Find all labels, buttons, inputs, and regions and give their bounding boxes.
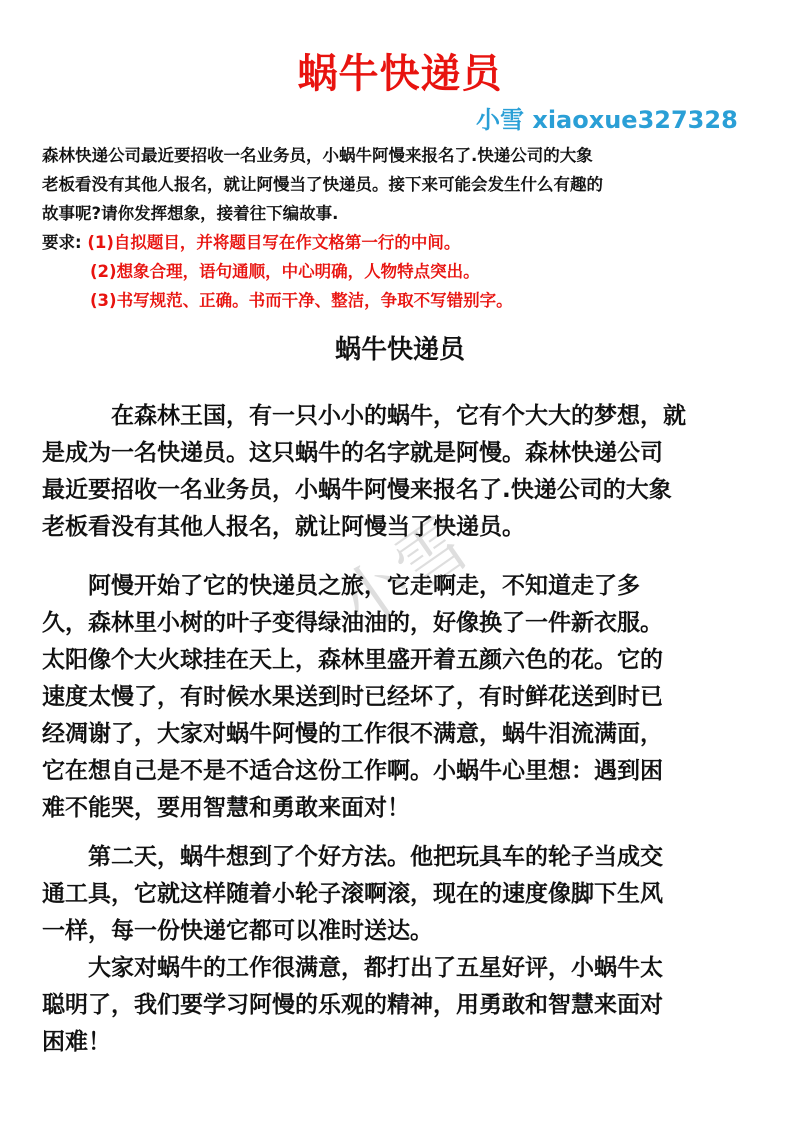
prompt-line: 故事呢?请你发挥想象，接着往下编故事. — [42, 199, 762, 228]
author-credit: 小雪 xiaoxue327328 — [476, 103, 738, 137]
prompt-line: 森林快递公司最近要招收一名业务员，小蜗牛阿慢来报名了.快递公司的大象 — [42, 141, 762, 170]
document-page: 小雪 蜗牛快递员 小雪 xiaoxue327328 森林快递公司最近要招收一名业… — [0, 0, 800, 1131]
requirements-label: 要求: — [42, 233, 82, 252]
essay-title: 蜗牛快递员 — [0, 330, 800, 370]
requirement-item: (2)想象合理，语句通顺，中心明确，人物特点突出。 — [90, 262, 480, 281]
essay-line: 通工具，它就这样随着小轮子滚啊滚，现在的速度像脚下生风 — [42, 876, 762, 913]
essay-paragraph-3: 第二天，蜗牛想到了个好方法。他把玩具车的轮子当成交 通工具，它就这样随着小轮子滚… — [42, 839, 762, 950]
requirement-item: (1)自拟题目，并将题目写在作文格第一行的中间。 — [87, 233, 460, 252]
requirement-row: 要求: (1)自拟题目，并将题目写在作文格第一行的中间。 — [42, 228, 762, 257]
requirement-item: (3)书写规范、正确。书而干净、整洁，争取不写错别字。 — [90, 291, 513, 310]
essay-line: 在森林王国，有一只小小的蜗牛，它有个大大的梦想，就 — [42, 398, 762, 435]
prompt-line: 老板看没有其他人报名，就让阿慢当了快递员。接下来可能会发生什么有趣的 — [42, 170, 762, 199]
essay-paragraph-1: 在森林王国，有一只小小的蜗牛，它有个大大的梦想，就 是成为一名快递员。这只蜗牛的… — [42, 398, 762, 546]
essay-line: 聪明了，我们要学习阿慢的乐观的精神，用勇敢和智慧来面对 — [42, 987, 762, 1024]
essay-line: 难不能哭，要用智慧和勇敢来面对！ — [42, 790, 762, 827]
essay-line: 最近要招收一名业务员，小蜗牛阿慢来报名了.快递公司的大象 — [42, 472, 762, 509]
essay-paragraph-4: 大家对蜗牛的工作很满意，都打出了五星好评，小蜗牛太 聪明了，我们要学习阿慢的乐观… — [42, 950, 762, 1061]
essay-paragraph-2: 阿慢开始了它的快递员之旅，它走啊走，不知道走了多 久，森林里小树的叶子变得绿油油… — [42, 568, 762, 827]
essay-line: 太阳像个大火球挂在天上，森林里盛开着五颜六色的花。它的 — [42, 642, 762, 679]
writing-prompt: 森林快递公司最近要招收一名业务员，小蜗牛阿慢来报名了.快递公司的大象 老板看没有… — [42, 141, 762, 228]
essay-line: 是成为一名快递员。这只蜗牛的名字就是阿慢。森林快递公司 — [42, 435, 762, 472]
essay-line: 大家对蜗牛的工作很满意，都打出了五星好评，小蜗牛太 — [42, 950, 762, 987]
essay-line: 久，森林里小树的叶子变得绿油油的，好像换了一件新衣服。 — [42, 605, 762, 642]
main-title: 蜗牛快递员 — [0, 46, 800, 102]
essay-line: 经凋谢了，大家对蜗牛阿慢的工作很不满意，蜗牛泪流满面， — [42, 716, 762, 753]
essay-line: 一样，每一份快递它都可以准时送达。 — [42, 913, 762, 950]
essay-line: 它在想自己是不是不适合这份工作啊。小蜗牛心里想：遇到困 — [42, 753, 762, 790]
essay-line: 困难！ — [42, 1024, 762, 1061]
essay-line: 老板看没有其他人报名，就让阿慢当了快递员。 — [42, 509, 762, 546]
requirement-row: (3)书写规范、正确。书而干净、整洁，争取不写错别字。 — [42, 286, 762, 315]
requirement-row: (2)想象合理，语句通顺，中心明确，人物特点突出。 — [42, 257, 762, 286]
requirements: 要求: (1)自拟题目，并将题目写在作文格第一行的中间。 (2)想象合理，语句通… — [42, 228, 762, 315]
essay-line: 阿慢开始了它的快递员之旅，它走啊走，不知道走了多 — [42, 568, 762, 605]
essay-line: 第二天，蜗牛想到了个好方法。他把玩具车的轮子当成交 — [42, 839, 762, 876]
essay-line: 速度太慢了，有时候水果送到时已经坏了，有时鲜花送到时已 — [42, 679, 762, 716]
